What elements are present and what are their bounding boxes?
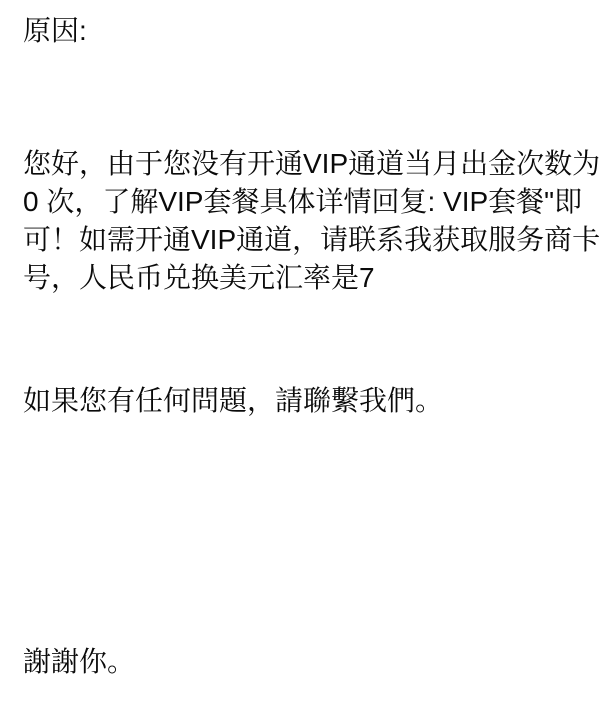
rejection-reason-page: 原因: 您好，由于您没有开通VIP通道当月出金次数为 0 次，了解VIP套餐具体… xyxy=(0,0,600,721)
contact-note: 如果您有任何問題，請聯繫我們。 xyxy=(23,382,577,420)
message-line-2: 0 次，了解VIP套餐具体详情回复: VIP套餐"即 xyxy=(23,183,577,221)
closing-thanks: 謝謝你。 xyxy=(23,643,577,681)
message-line-3: 可！如需开通VIP通道，请联系我获取服务商卡 xyxy=(23,221,577,259)
message-body: 您好，由于您没有开通VIP通道当月出金次数为 0 次，了解VIP套餐具体详情回复… xyxy=(23,145,577,297)
message-line-4: 号，人民币兑换美元汇率是7 xyxy=(23,259,577,297)
reason-label: 原因: xyxy=(23,12,577,50)
message-line-1: 您好，由于您没有开通VIP通道当月出金次数为 xyxy=(23,145,577,183)
